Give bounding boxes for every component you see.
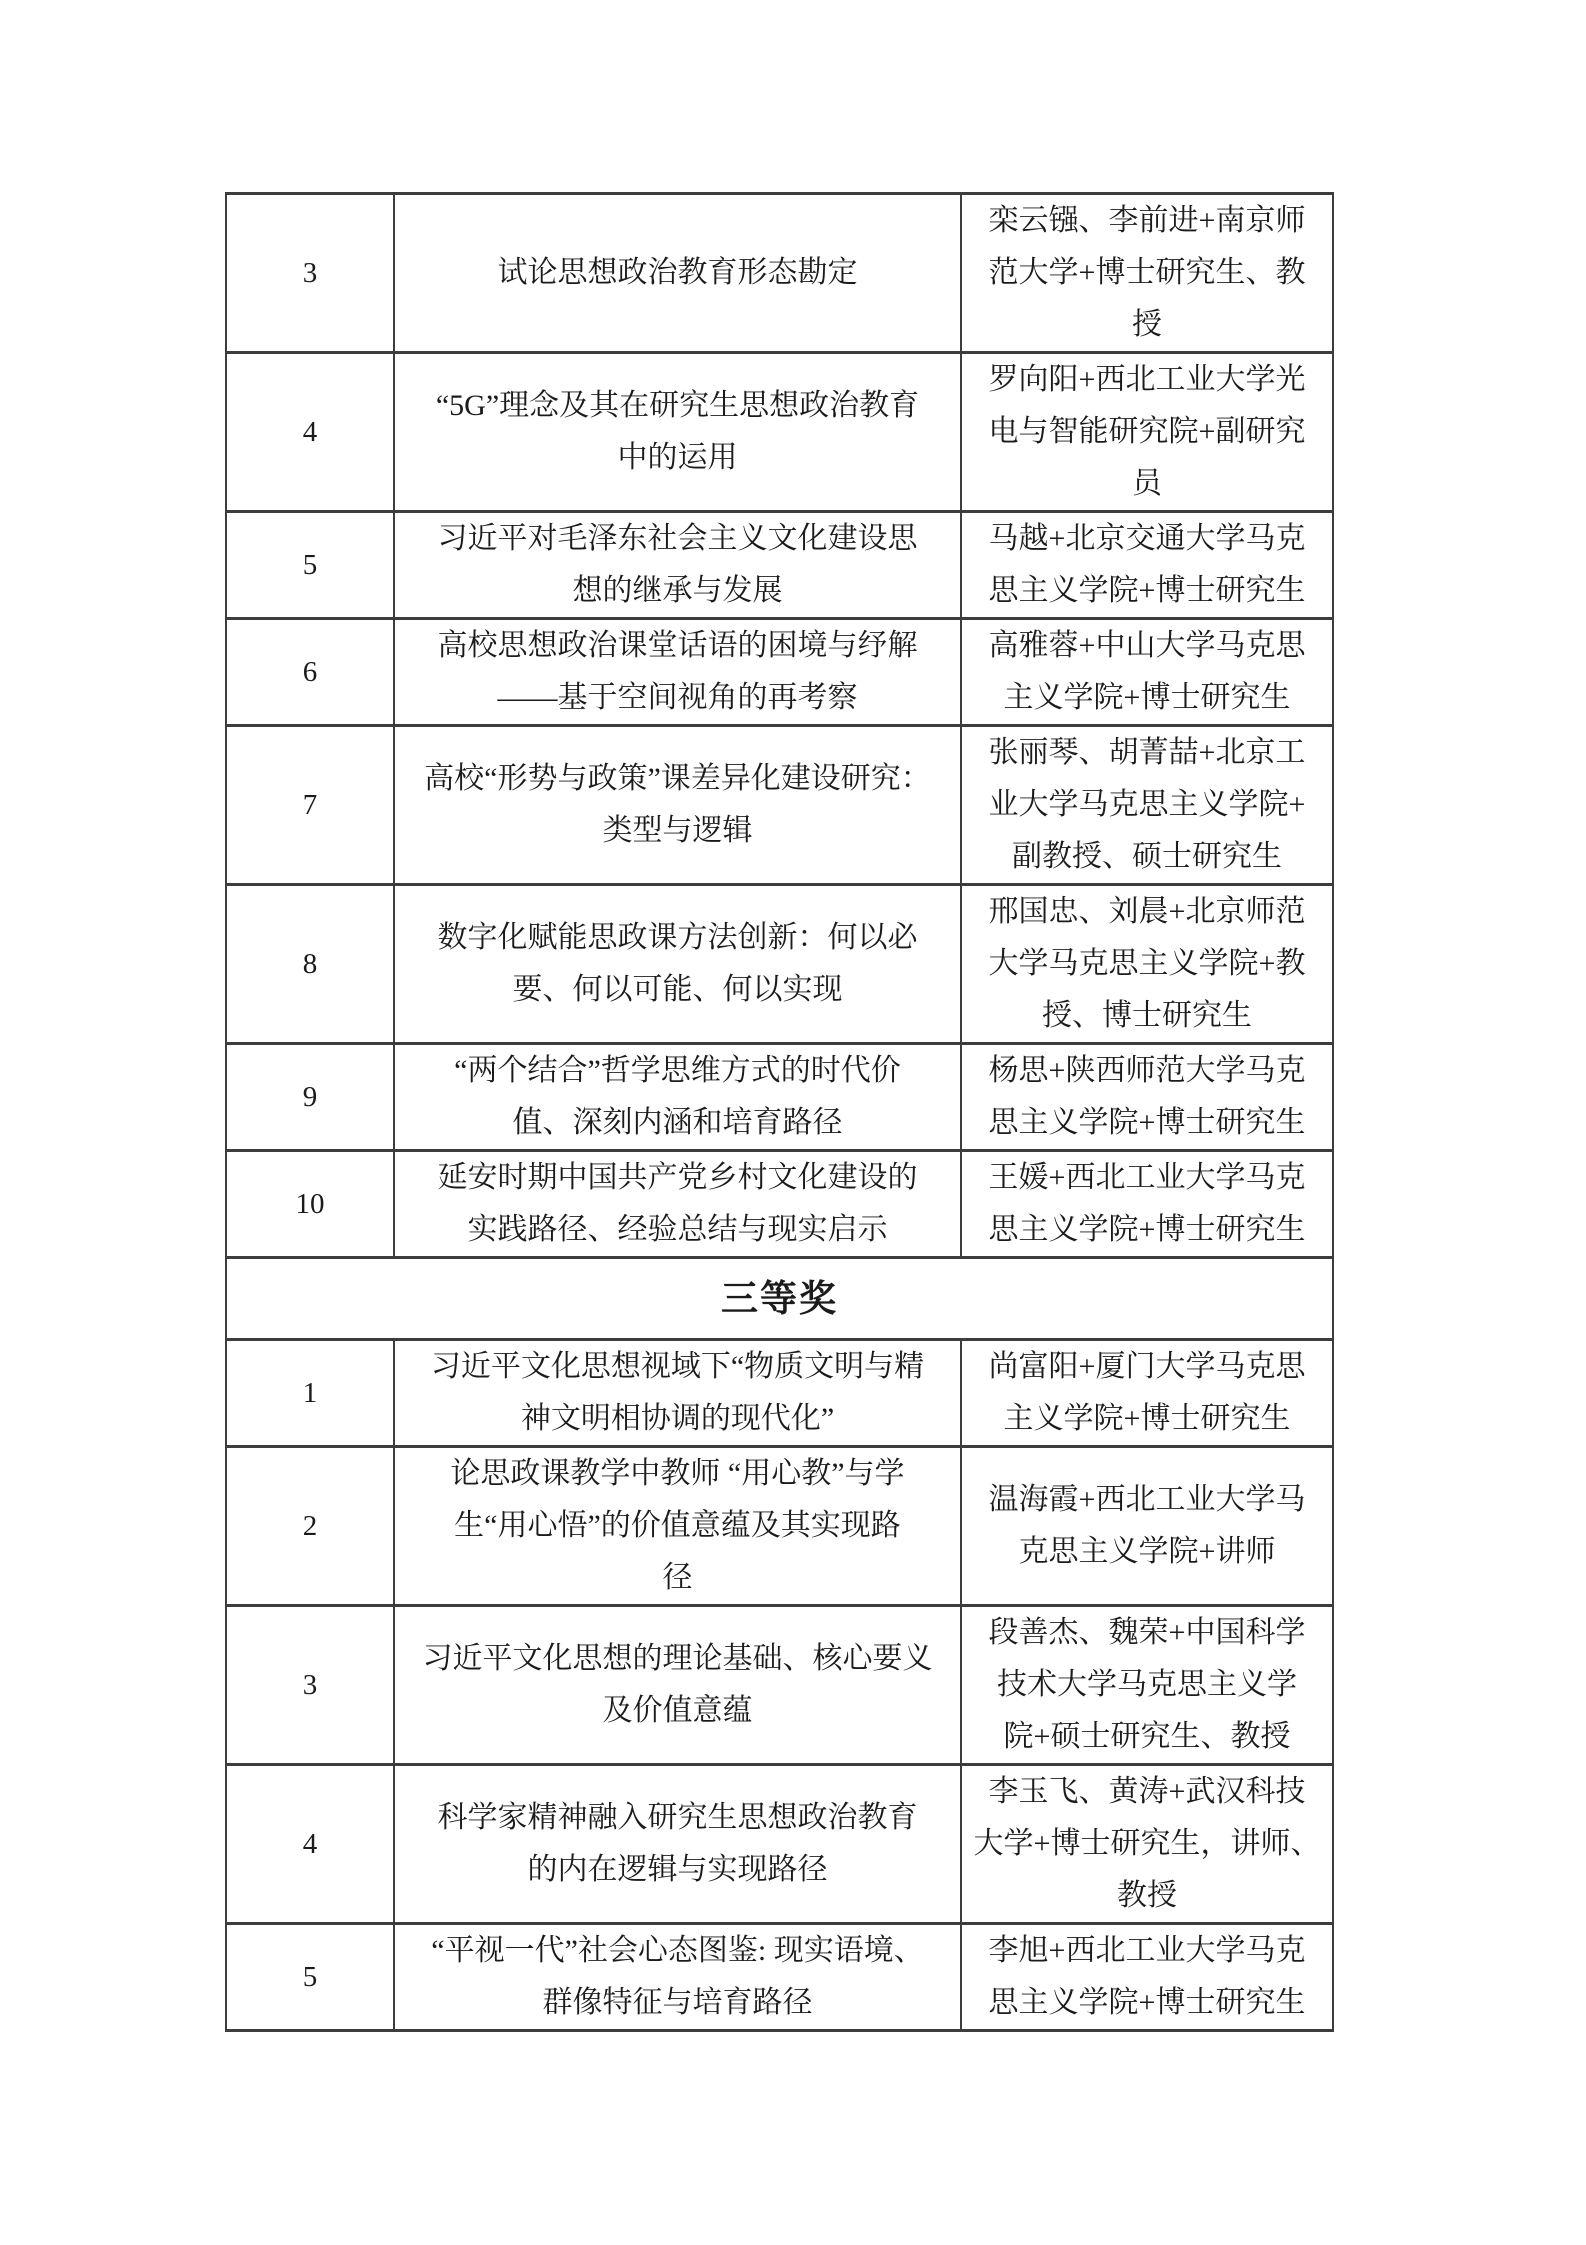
rank-cell: 10	[226, 1151, 394, 1258]
rank-cell: 5	[226, 512, 394, 619]
award-row: 4“5G”理念及其在研究生思想政治教育 中的运用罗向阳+西北工业大学光 电与智能…	[226, 353, 1333, 512]
authors-cell: 高雅蓉+中山大学马克思 主义学院+博士研究生	[961, 619, 1333, 726]
rank-cell: 8	[226, 885, 394, 1044]
section-header-row: 三等奖	[226, 1258, 1333, 1340]
authors-cell: 栾云镪、李前进+南京师 范大学+博士研究生、教 授	[961, 194, 1333, 353]
rank-cell: 6	[226, 619, 394, 726]
title-cell: 论思政课教学中教师 “用心教”与学 生“用心悟”的价值意蕴及其实现路 径	[394, 1447, 961, 1606]
authors-cell: 杨思+陕西师范大学马克 思主义学院+博士研究生	[961, 1044, 1333, 1151]
authors-cell: 李旭+西北工业大学马克 思主义学院+博士研究生	[961, 1924, 1333, 2031]
rank-cell: 4	[226, 1765, 394, 1924]
authors-cell: 王媛+西北工业大学马克 思主义学院+博士研究生	[961, 1151, 1333, 1258]
award-row: 6高校思想政治课堂话语的困境与纾解 ——基于空间视角的再考察高雅蓉+中山大学马克…	[226, 619, 1333, 726]
authors-cell: 段善杰、魏荣+中国科学 技术大学马克思主义学 院+硕士研究生、教授	[961, 1606, 1333, 1765]
rank-cell: 1	[226, 1340, 394, 1447]
rank-cell: 5	[226, 1924, 394, 2031]
award-row: 3试论思想政治教育形态勘定栾云镪、李前进+南京师 范大学+博士研究生、教 授	[226, 194, 1333, 353]
title-cell: “两个结合”哲学思维方式的时代价 值、深刻内涵和培育路径	[394, 1044, 961, 1151]
title-cell: 数字化赋能思政课方法创新：何以必 要、何以可能、何以实现	[394, 885, 961, 1044]
title-cell: 习近平对毛泽东社会主义文化建设思 想的继承与发展	[394, 512, 961, 619]
authors-cell: 邢国忠、刘晨+北京师范 大学马克思主义学院+教 授、博士研究生	[961, 885, 1333, 1044]
authors-cell: 罗向阳+西北工业大学光 电与智能研究院+副研究 员	[961, 353, 1333, 512]
title-cell: “5G”理念及其在研究生思想政治教育 中的运用	[394, 353, 961, 512]
rank-cell: 3	[226, 1606, 394, 1765]
title-cell: 高校思想政治课堂话语的困境与纾解 ——基于空间视角的再考察	[394, 619, 961, 726]
award-row: 1习近平文化思想视域下“物质文明与精 神文明相协调的现代化”尚富阳+厦门大学马克…	[226, 1340, 1333, 1447]
award-row: 5习近平对毛泽东社会主义文化建设思 想的继承与发展马越+北京交通大学马克 思主义…	[226, 512, 1333, 619]
document-page: 3试论思想政治教育形态勘定栾云镪、李前进+南京师 范大学+博士研究生、教 授4“…	[0, 0, 1586, 2245]
title-cell: “平视一代”社会心态图鉴: 现实语境、 群像特征与培育路径	[394, 1924, 961, 2031]
authors-cell: 张丽琴、胡菁喆+北京工 业大学马克思主义学院+ 副教授、硕士研究生	[961, 726, 1333, 885]
award-row: 3习近平文化思想的理论基础、核心要义 及价值意蕴段善杰、魏荣+中国科学 技术大学…	[226, 1606, 1333, 1765]
award-row: 9“两个结合”哲学思维方式的时代价 值、深刻内涵和培育路径杨思+陕西师范大学马克…	[226, 1044, 1333, 1151]
title-cell: 延安时期中国共产党乡村文化建设的 实践路径、经验总结与现实启示	[394, 1151, 961, 1258]
award-table-body: 3试论思想政治教育形态勘定栾云镪、李前进+南京师 范大学+博士研究生、教 授4“…	[226, 194, 1333, 2031]
title-cell: 科学家精神融入研究生思想政治教育 的内在逻辑与实现路径	[394, 1765, 961, 1924]
title-cell: 习近平文化思想的理论基础、核心要义 及价值意蕴	[394, 1606, 961, 1765]
award-row: 7高校“形势与政策”课差异化建设研究： 类型与逻辑张丽琴、胡菁喆+北京工 业大学…	[226, 726, 1333, 885]
rank-cell: 9	[226, 1044, 394, 1151]
rank-cell: 7	[226, 726, 394, 885]
title-cell: 高校“形势与政策”课差异化建设研究： 类型与逻辑	[394, 726, 961, 885]
rank-cell: 3	[226, 194, 394, 353]
section-header: 三等奖	[226, 1258, 1333, 1340]
award-row: 4科学家精神融入研究生思想政治教育 的内在逻辑与实现路径李玉飞、黄涛+武汉科技 …	[226, 1765, 1333, 1924]
authors-cell: 温海霞+西北工业大学马 克思主义学院+讲师	[961, 1447, 1333, 1606]
rank-cell: 2	[226, 1447, 394, 1606]
authors-cell: 马越+北京交通大学马克 思主义学院+博士研究生	[961, 512, 1333, 619]
award-table: 3试论思想政治教育形态勘定栾云镪、李前进+南京师 范大学+博士研究生、教 授4“…	[225, 192, 1334, 2032]
rank-cell: 4	[226, 353, 394, 512]
authors-cell: 尚富阳+厦门大学马克思 主义学院+博士研究生	[961, 1340, 1333, 1447]
award-row: 8数字化赋能思政课方法创新：何以必 要、何以可能、何以实现邢国忠、刘晨+北京师范…	[226, 885, 1333, 1044]
title-cell: 试论思想政治教育形态勘定	[394, 194, 961, 353]
award-row: 5“平视一代”社会心态图鉴: 现实语境、 群像特征与培育路径李旭+西北工业大学马…	[226, 1924, 1333, 2031]
award-row: 10延安时期中国共产党乡村文化建设的 实践路径、经验总结与现实启示王媛+西北工业…	[226, 1151, 1333, 1258]
authors-cell: 李玉飞、黄涛+武汉科技 大学+博士研究生，讲师、 教授	[961, 1765, 1333, 1924]
title-cell: 习近平文化思想视域下“物质文明与精 神文明相协调的现代化”	[394, 1340, 961, 1447]
award-row: 2论思政课教学中教师 “用心教”与学 生“用心悟”的价值意蕴及其实现路 径温海霞…	[226, 1447, 1333, 1606]
